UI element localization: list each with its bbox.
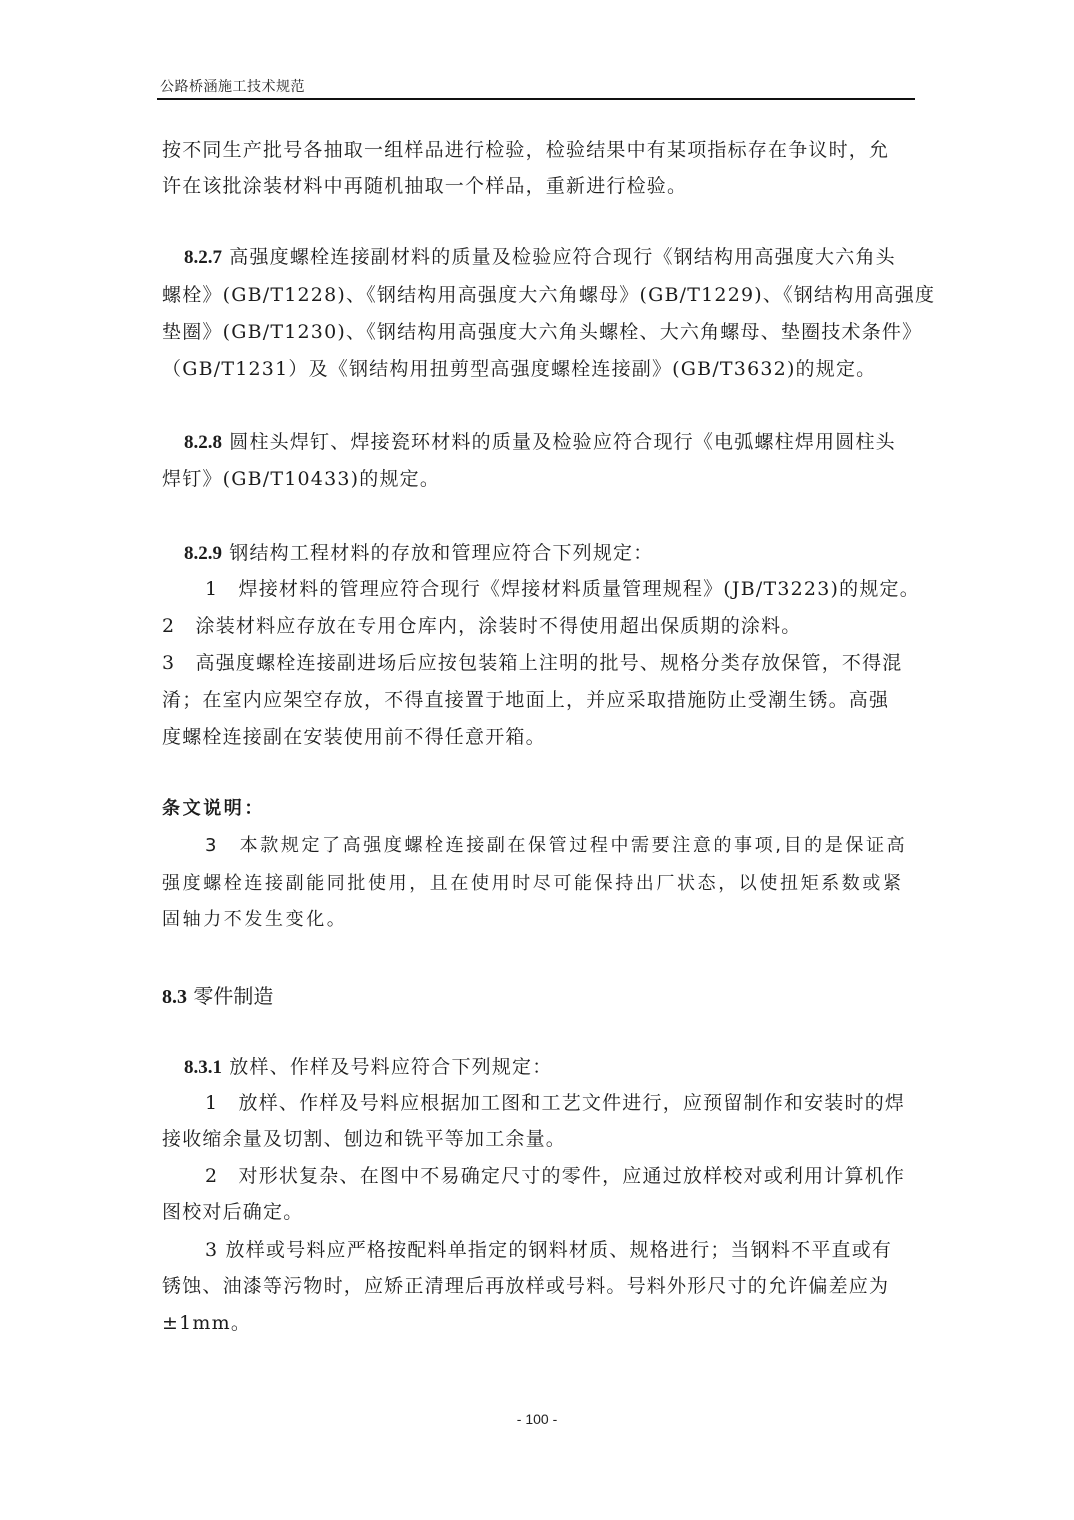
running-header-title: 公路桥涵施工技术规范	[160, 76, 305, 96]
list-item: 3 放样或号料应严格按配料单指定的钢料材质、规格进行；当钢料不平直或有	[205, 1238, 892, 1262]
list-item: 3 高强度螺栓连接副进场后应按包装箱上注明的批号、规格分类存放保管，不得混	[162, 651, 903, 675]
paragraph-line: （GB/T1231）及《钢结构用扭剪型高强度螺栓连接副》(GB/T3632)的规…	[162, 357, 876, 381]
list-item: 2 对形状复杂、在图中不易确定尺寸的零件，应通过放样校对或利用计算机作	[205, 1164, 905, 1188]
explanation-line: 强度螺栓连接副能同批使用，且在使用时尽可能保持出厂状态，以使扭矩系数或紧	[162, 872, 904, 896]
section-number: 8.3	[162, 986, 187, 1008]
paragraph-line: 许在该批涂装材料中再随机抽取一个样品，重新进行检验。	[162, 174, 687, 198]
clause-8-2-7-first-line: 8.2.7 高强度螺栓连接副材料的质量及检验应符合现行《钢结构用高强度大六角头	[184, 245, 896, 270]
clause-text: 圆柱头焊钉、焊接瓷环材料的质量及检验应符合现行《电弧螺柱焊用圆柱头	[222, 431, 896, 453]
paragraph-line: 锈蚀、油漆等污物时，应矫正清理后再放样或号料。号料外形尺寸的允许偏差应为	[162, 1274, 889, 1298]
explanation-title: 条文说明：	[162, 797, 265, 821]
list-item: 1 放样、作样及号料应根据加工图和工艺文件进行，应预留制作和安装时的焊	[205, 1091, 905, 1115]
clause-text: 放样、作样及号料应符合下列规定：	[222, 1056, 552, 1078]
list-item: 2 涂装材料应存放在专用仓库内，涂装时不得使用超出保质期的涂料。	[162, 614, 802, 638]
clause-text: 高强度螺栓连接副材料的质量及检验应符合现行《钢结构用高强度大六角头	[222, 246, 896, 268]
paragraph-line: 垫圈》(GB/T1230)、《钢结构用高强度大六角头螺栓、大六角螺母、垫圈技术条…	[162, 320, 922, 344]
page-number: - 100 -	[0, 1411, 1074, 1427]
paragraph-line: 焊钉》(GB/T10433)的规定。	[162, 467, 440, 491]
explanation-line: 固轴力不发生变化。	[162, 908, 347, 932]
explanation-line: 3 本款规定了高强度螺栓连接副在保管过程中需要注意的事项,目的是保证高	[205, 834, 907, 858]
paragraph-line: 淆；在室内应架空存放，不得直接置于地面上，并应采取措施防止受潮生锈。高强	[162, 688, 889, 712]
clause-text: 钢结构工程材料的存放和管理应符合下列规定：	[222, 542, 653, 564]
paragraph-line: 图校对后确定。	[162, 1200, 303, 1224]
clause-8-3-1-title: 8.3.1 放样、作样及号料应符合下列规定：	[184, 1055, 552, 1080]
clause-number: 8.3.1	[184, 1057, 222, 1078]
paragraph-line: 按不同生产批号各抽取一组样品进行检验，检验结果中有某项指标存在争议时，允	[162, 138, 889, 162]
document-page: 公路桥涵施工技术规范 按不同生产批号各抽取一组样品进行检验，检验结果中有某项指标…	[0, 0, 1074, 1520]
paragraph-line: 度螺栓连接副在安装使用前不得任意开箱。	[162, 725, 546, 749]
header-divider	[157, 98, 915, 100]
paragraph-line: 螺栓》(GB/T1228)、《钢结构用高强度大六角螺母》(GB/T1229)、《…	[162, 283, 935, 307]
section-title: 零件制造	[187, 984, 273, 1008]
clause-8-2-9-title: 8.2.9 钢结构工程材料的存放和管理应符合下列规定：	[184, 541, 653, 566]
list-item: 1 焊接材料的管理应符合现行《焊接材料质量管理规程》(JB/T3223)的规定。	[205, 577, 920, 601]
clause-number: 8.2.8	[184, 432, 222, 453]
clause-8-2-8-first-line: 8.2.8 圆柱头焊钉、焊接瓷环材料的质量及检验应符合现行《电弧螺柱焊用圆柱头	[184, 430, 896, 455]
clause-number: 8.2.9	[184, 543, 222, 564]
paragraph-line: ±1mm。	[162, 1311, 251, 1335]
paragraph-line: 接收缩余量及切割、刨边和铣平等加工余量。	[162, 1127, 566, 1151]
clause-number: 8.2.7	[184, 247, 222, 268]
section-heading-8-3: 8.3 零件制造	[162, 980, 273, 1009]
